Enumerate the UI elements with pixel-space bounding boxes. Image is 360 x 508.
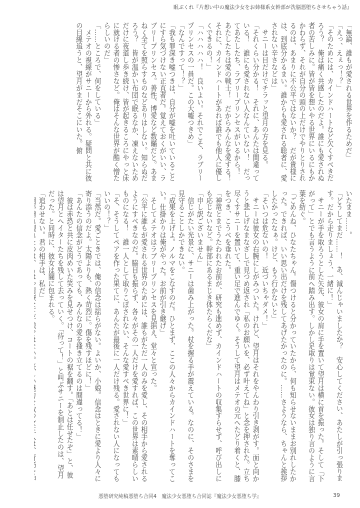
running-header: 眠ぶくれ『片想い中の魔法少女をお姉様系女幹部が洗脳悪堕ちさせちゃう話』 — [173, 5, 352, 11]
page-number: 39 — [333, 493, 340, 499]
paragraph: 「神竜とまでうたわれたお前が、研究も進めず、カインドハートの収集すらせず、呼び出… — [203, 190, 222, 483]
paragraph: 彼は赤恐と共に皮肉めいた笑みを見せつけ、コートの裾を翻す。「あとは任せたぞ」と、… — [45, 190, 73, 483]
paragraph: 「そのためには、カインドハートなど欠くすべきだろう？ 俺は痛く共感したのだよ。誰… — [268, 22, 333, 182]
paragraph: 「公平に誰もが愛される世界のためには、誰もがただ一人のみを愛し、その相手から愛さ… — [120, 190, 148, 483]
lower-text-tier: いたまま……。 「どうしてまだ……！ あ、減んじゃいましたか？ 安心してください… — [34, 190, 352, 483]
paragraph: そしてメテオはラブリープリンセスを見据え、堂々と宣った。 — [147, 190, 156, 483]
paragraph: 闇が晴れ現れたのは、もはや清廉な王子様ではない。妖しい魅力を放つ女主人は、背筋を… — [34, 190, 36, 483]
paragraph: 「無論、誰もが愛される世界を作るためだ」 — [343, 22, 352, 182]
upper-text-tier: 「無論、誰もが愛される世界を作るためだ」 「えっ、えぇっ！？」 「そのためには、… — [34, 22, 352, 182]
paragraph: 「我も罪深き嘘つきは、自分が嘘を吐いていることにすら気づけない正直者だ。覚えてお… — [101, 22, 175, 182]
publication-footer: 悪堕研究純稿悪堕ち合同4 魔法少女悪堕ち合同誌『魔法少女悪堕ち学』 — [0, 493, 360, 500]
paragraph: サニーは彼女の右腕にしがみついた。けれど、望月はそれをやんわり引き剥がす。面と向… — [222, 190, 259, 483]
paragraph: 「ハハハハハ！ 良いよい。それでこそ、ラブリープリンセスの一員だ。この大嘘つきめ… — [185, 22, 204, 182]
paragraph: 「当然だ。愛ごときでは、俺の信念は揺らがない。よいか、小娘。信念はときに愛より人… — [82, 190, 101, 483]
paragraph: 「そいつは危ないの！ 近づいちゃダメ！」 — [259, 190, 268, 483]
paragraph: いたまま……。 — [343, 190, 352, 483]
paragraph: 「……ところで、何をしている」 — [92, 22, 101, 182]
paragraph: 「なんですって！？」 — [175, 22, 184, 182]
paragraph: 「成果を上げよ。ノルマをこなすのだ。ひとまず、ここの人々からカインドハートを奪っ… — [157, 190, 176, 483]
paragraph: 信じがたい光景に、サニーは歯み上がった。杖を握る手が震えている。なのに、そのさま… — [175, 190, 194, 483]
paragraph: 「申し訳ございません」 — [194, 190, 203, 483]
paragraph: 「それくらい分かる！ それに、あんたは間違っている！ 誰にも愛されない人なんてい… — [203, 22, 259, 182]
paragraph: サニーが手を取ろうとした矢先、彼女の肩に手を置いて望月は横に首を振った。そして「… — [296, 190, 324, 483]
paragraph: サニーは目だけでチラッと望月の方を見る。 — [259, 22, 268, 182]
paragraph: メテオの視線がサニーから外れる。疑問と共に彼の目線追うと、望月がまだそこにいた。… — [73, 22, 92, 182]
paragraph: 「あんたの信念がどうであっても、みんなの愛を掻き立てるのは間違ってる！」 — [73, 190, 82, 483]
paragraph: 「どうしてまだ……！ あ、減んじゃいましたか？ 安心してください、あたしが引っ張… — [324, 190, 343, 483]
paragraph: 「ごめんね、ひなたちゃん。傷つけると分かっていたから、何も知らせないままお別れし… — [268, 190, 296, 483]
paragraph: 「追わせない。君の相手は、私だ」 — [36, 190, 45, 483]
paragraph: 「えっ、えぇっ！？」 — [333, 22, 342, 182]
paragraph: 「そ、そうしてペアを作った果てに、あんたが最後に一人だけ残る。愛されない人になっ… — [101, 190, 120, 483]
